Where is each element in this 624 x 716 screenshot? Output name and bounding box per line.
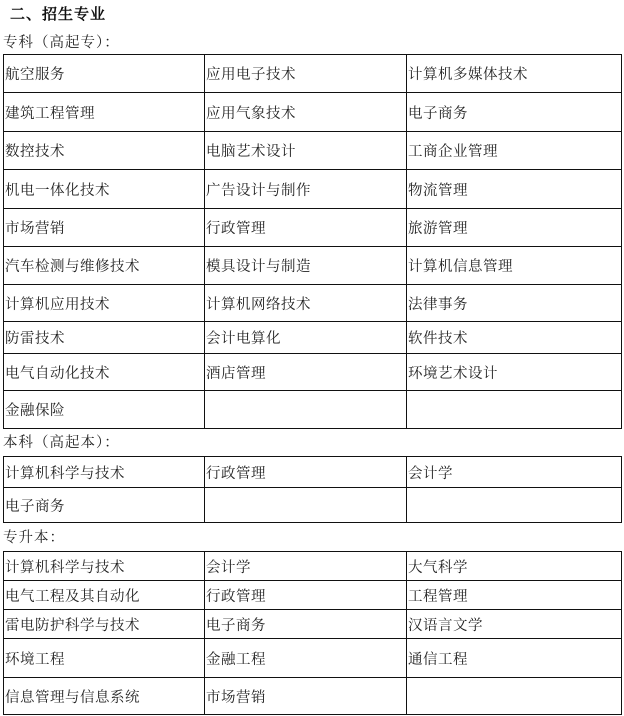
zhuanshengben-table: 计算机科学与技术会计学大气科学电气工程及其自动化行政管理工程管理雷电防护科学与技… [3, 551, 622, 715]
major-cell: 行政管理 [205, 581, 407, 610]
empty-cell [407, 488, 622, 523]
zhuanke-label: 专科（高起专）： [3, 31, 120, 52]
major-cell: 工商企业管理 [407, 132, 622, 170]
major-cell: 法律事务 [407, 285, 622, 322]
table-row: 防雷技术会计电算化软件技术 [4, 322, 622, 354]
empty-cell [205, 488, 407, 523]
table-row: 电气工程及其自动化行政管理工程管理 [4, 581, 622, 610]
major-cell: 建筑工程管理 [4, 93, 205, 132]
major-cell: 机电一体化技术 [4, 170, 205, 209]
major-cell: 金融工程 [205, 639, 407, 678]
major-cell: 计算机科学与技术 [4, 552, 205, 581]
major-cell: 物流管理 [407, 170, 622, 209]
major-cell: 计算机应用技术 [4, 285, 205, 322]
major-cell: 电子商务 [205, 610, 407, 639]
major-cell: 电子商务 [407, 93, 622, 132]
zhuanshengben-label: 专升本： [3, 526, 65, 547]
table-row: 金融保险 [4, 391, 622, 429]
major-cell: 工程管理 [407, 581, 622, 610]
benke-label: 本科（高起本）： [3, 431, 120, 452]
major-cell: 软件技术 [407, 322, 622, 354]
major-cell: 应用气象技术 [205, 93, 407, 132]
major-cell: 应用电子技术 [205, 55, 407, 93]
major-cell: 行政管理 [205, 457, 407, 488]
section-title: 二、招生专业 [10, 3, 106, 24]
benke-table: 计算机科学与技术行政管理会计学电子商务 [3, 456, 622, 523]
major-cell: 计算机信息管理 [407, 247, 622, 285]
major-cell: 电气工程及其自动化 [4, 581, 205, 610]
major-cell: 计算机多媒体技术 [407, 55, 622, 93]
major-cell: 电气自动化技术 [4, 354, 205, 391]
major-cell: 数控技术 [4, 132, 205, 170]
table-row: 建筑工程管理应用气象技术电子商务 [4, 93, 622, 132]
major-cell: 计算机网络技术 [205, 285, 407, 322]
major-cell: 通信工程 [407, 639, 622, 678]
major-cell: 行政管理 [205, 209, 407, 247]
empty-cell [205, 391, 407, 429]
table-row: 信息管理与信息系统市场营销 [4, 678, 622, 715]
major-cell: 雷电防护科学与技术 [4, 610, 205, 639]
major-cell: 市场营销 [205, 678, 407, 715]
major-cell: 航空服务 [4, 55, 205, 93]
major-cell: 汽车检测与维修技术 [4, 247, 205, 285]
major-cell: 会计电算化 [205, 322, 407, 354]
table-row: 计算机科学与技术会计学大气科学 [4, 552, 622, 581]
major-cell: 环境工程 [4, 639, 205, 678]
major-cell: 信息管理与信息系统 [4, 678, 205, 715]
major-cell: 金融保险 [4, 391, 205, 429]
table-row: 汽车检测与维修技术模具设计与制造计算机信息管理 [4, 247, 622, 285]
major-cell: 模具设计与制造 [205, 247, 407, 285]
major-cell: 酒店管理 [205, 354, 407, 391]
major-cell: 环境艺术设计 [407, 354, 622, 391]
table-row: 航空服务应用电子技术计算机多媒体技术 [4, 55, 622, 93]
table-row: 市场营销行政管理旅游管理 [4, 209, 622, 247]
table-row: 环境工程金融工程通信工程 [4, 639, 622, 678]
major-cell: 计算机科学与技术 [4, 457, 205, 488]
table-row: 数控技术电脑艺术设计工商企业管理 [4, 132, 622, 170]
major-cell: 会计学 [205, 552, 407, 581]
table-row: 计算机应用技术计算机网络技术法律事务 [4, 285, 622, 322]
major-cell: 旅游管理 [407, 209, 622, 247]
major-cell: 汉语言文学 [407, 610, 622, 639]
empty-cell [407, 678, 622, 715]
major-cell: 市场营销 [4, 209, 205, 247]
major-cell: 广告设计与制作 [205, 170, 407, 209]
major-cell: 大气科学 [407, 552, 622, 581]
major-cell: 会计学 [407, 457, 622, 488]
table-row: 计算机科学与技术行政管理会计学 [4, 457, 622, 488]
major-cell: 电脑艺术设计 [205, 132, 407, 170]
table-row: 电气自动化技术酒店管理环境艺术设计 [4, 354, 622, 391]
table-row: 电子商务 [4, 488, 622, 523]
major-cell: 防雷技术 [4, 322, 205, 354]
table-row: 雷电防护科学与技术电子商务汉语言文学 [4, 610, 622, 639]
empty-cell [407, 391, 622, 429]
zhuanke-table: 航空服务应用电子技术计算机多媒体技术建筑工程管理应用气象技术电子商务数控技术电脑… [3, 54, 622, 429]
table-row: 机电一体化技术广告设计与制作物流管理 [4, 170, 622, 209]
major-cell: 电子商务 [4, 488, 205, 523]
